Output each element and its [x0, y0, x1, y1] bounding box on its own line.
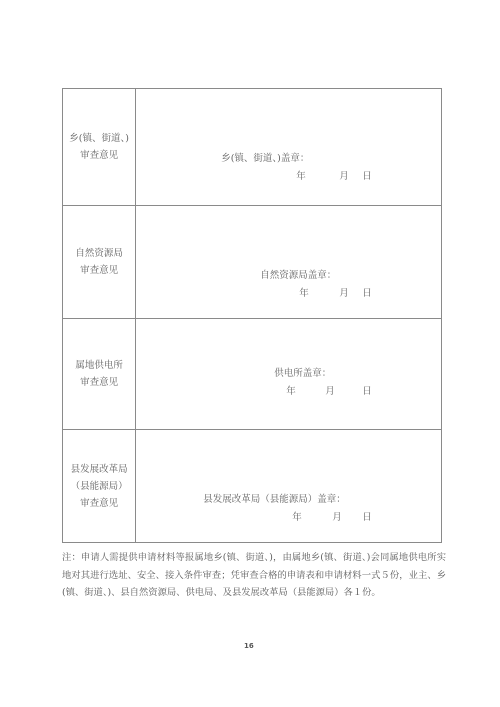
table-row-power-supply: 属地供电所 审查意见 供电所盖章： 年 月 日 — [63, 319, 442, 430]
stamp-label: 县发展改革局（县能源局）盖章： — [203, 491, 346, 505]
date-year-label: 年 — [299, 285, 309, 299]
table-row-natural-resources: 自然资源局 审查意见 自然资源局盖章： 年 月 日 — [63, 206, 442, 319]
opinion-field-natural-resources[interactable]: 自然资源局盖章： 年 月 日 — [136, 206, 442, 319]
row-label-line: 县发展改革局 — [63, 461, 135, 478]
stamp-label: 自然资源局盖章： — [260, 267, 336, 281]
opinion-field-power-supply[interactable]: 供电所盖章： 年 月 日 — [136, 319, 442, 430]
row-label-line: 审查意见 — [63, 262, 135, 279]
row-label-line: 乡(镇、街道、) — [63, 130, 135, 147]
row-label-line: 审查意见 — [63, 495, 135, 512]
row-label-line: 自然资源局 — [63, 245, 135, 262]
row-label-power-supply: 属地供电所 审查意见 — [63, 319, 136, 430]
opinion-field-township[interactable]: 乡(镇、街道、)盖章： 年 月 日 — [136, 89, 442, 206]
date-month-label: 月 — [339, 285, 349, 299]
row-label-line: 审查意见 — [63, 147, 135, 164]
page-number: 16 — [244, 642, 254, 650]
table-row-township: 乡(镇、街道、) 审查意见 乡(镇、街道、)盖章： 年 月 日 — [63, 89, 442, 206]
row-label-line: （县能源局） — [63, 478, 135, 495]
review-opinion-table: 乡(镇、街道、) 审查意见 乡(镇、街道、)盖章： 年 月 日 自然资源局 审查… — [62, 88, 442, 543]
date-year-label: 年 — [292, 509, 302, 523]
date-month-label: 月 — [325, 383, 335, 397]
date-month-label: 月 — [339, 168, 349, 182]
row-label-line: 属地供电所 — [63, 357, 135, 374]
date-month-label: 月 — [332, 509, 342, 523]
table-row-development-reform: 县发展改革局 （县能源局） 审查意见 县发展改革局（县能源局）盖章： 年 月 日 — [63, 430, 442, 543]
date-day-label: 日 — [362, 285, 372, 299]
row-label-development-reform: 县发展改革局 （县能源局） 审查意见 — [63, 430, 136, 543]
date-day-label: 日 — [362, 383, 372, 397]
footnote: 注：申请人需提供申请材料等报属地乡(镇、街道、)，由属地乡(镇、街道、)会同属地… — [62, 549, 446, 602]
row-label-natural-resources: 自然资源局 审查意见 — [63, 206, 136, 319]
date-day-label: 日 — [362, 168, 372, 182]
row-label-township: 乡(镇、街道、) 审查意见 — [63, 89, 136, 206]
date-day-label: 日 — [362, 509, 372, 523]
date-year-label: 年 — [286, 383, 296, 397]
opinion-field-development-reform[interactable]: 县发展改革局（县能源局）盖章： 年 月 日 — [136, 430, 442, 543]
document-page: 乡(镇、街道、) 审查意见 乡(镇、街道、)盖章： 年 月 日 自然资源局 审查… — [0, 0, 500, 707]
date-year-label: 年 — [296, 168, 306, 182]
row-label-line: 审查意见 — [63, 374, 135, 391]
stamp-label: 供电所盖章： — [274, 365, 331, 379]
stamp-label: 乡(镇、街道、)盖章： — [221, 150, 309, 164]
